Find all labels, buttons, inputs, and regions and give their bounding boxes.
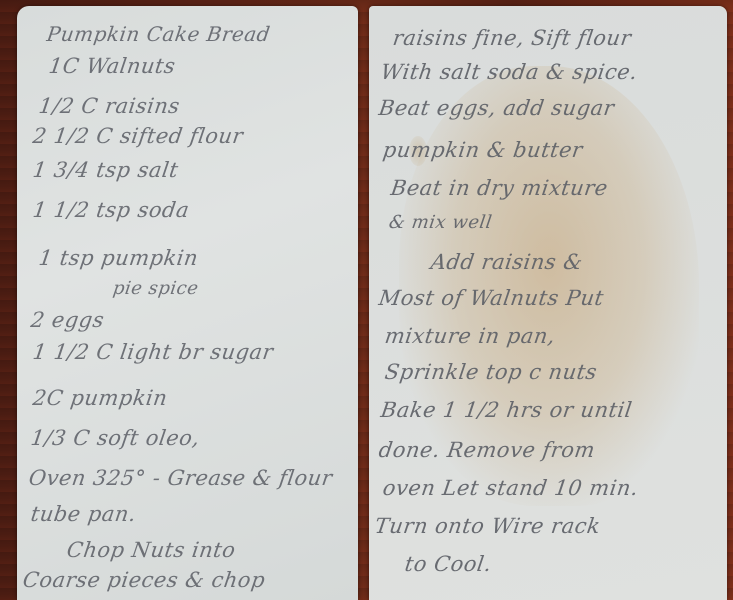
instruction-line: & mix well [388,212,494,233]
instruction-line: Beat eggs, add sugar [377,96,616,120]
ingredient-line: 1C Walnuts [47,54,177,78]
ingredient-line: 1/2 C raisins [37,94,181,118]
ingredient-line: 1 tsp pumpkin [37,246,200,270]
ingredient-line: 2 1/2 C sifted flour [31,124,245,148]
ingredient-line: 1/3 C soft oleo, [29,426,201,450]
instruction-line: Turn onto Wire rack [373,514,602,538]
instruction-line: Bake 1 1/2 hrs or until [379,398,633,422]
ingredient-line: 1 1/2 C light br sugar [31,340,275,364]
instruction-line: raisins fine, Sift flour [391,26,633,50]
instruction-line: oven Let stand 10 min. [381,476,640,500]
ingredient-line: 1 3/4 tsp salt [31,158,180,182]
instruction-line: Most of Walnuts Put [377,286,605,310]
ingredient-line: 2 eggs [29,308,106,332]
ingredient-line: 1 1/2 tsp soda [31,198,191,222]
instruction-line: pumpkin & butter [381,138,584,162]
ingredient-line: tube pan. [29,502,138,526]
instruction-line: to Cool. [403,552,493,576]
recipe-title: Pumpkin Cake Bread [45,22,272,46]
instruction-line: Sprinkle top c nuts [383,360,598,384]
recipe-card-back: raisins fine, Sift flour With salt soda … [369,6,727,600]
instruction-line: Add raisins & [429,250,584,274]
instruction-line: Beat in dry mixture [389,176,609,200]
instruction-line: Chop Nuts into [65,538,237,562]
instruction-line: Coarse pieces & chop [21,568,266,592]
ingredient-line: pie spice [112,278,200,299]
recipe-card-front: Pumpkin Cake Bread 1C Walnuts 1/2 C rais… [17,6,358,600]
ingredient-line: Oven 325° - Grease & flour [27,466,334,490]
instruction-line: done. Remove from [377,438,596,462]
instruction-line: With salt soda & spice. [379,60,639,84]
ingredient-line: 2C pumpkin [31,386,169,410]
instruction-line: mixture in pan, [383,324,557,348]
